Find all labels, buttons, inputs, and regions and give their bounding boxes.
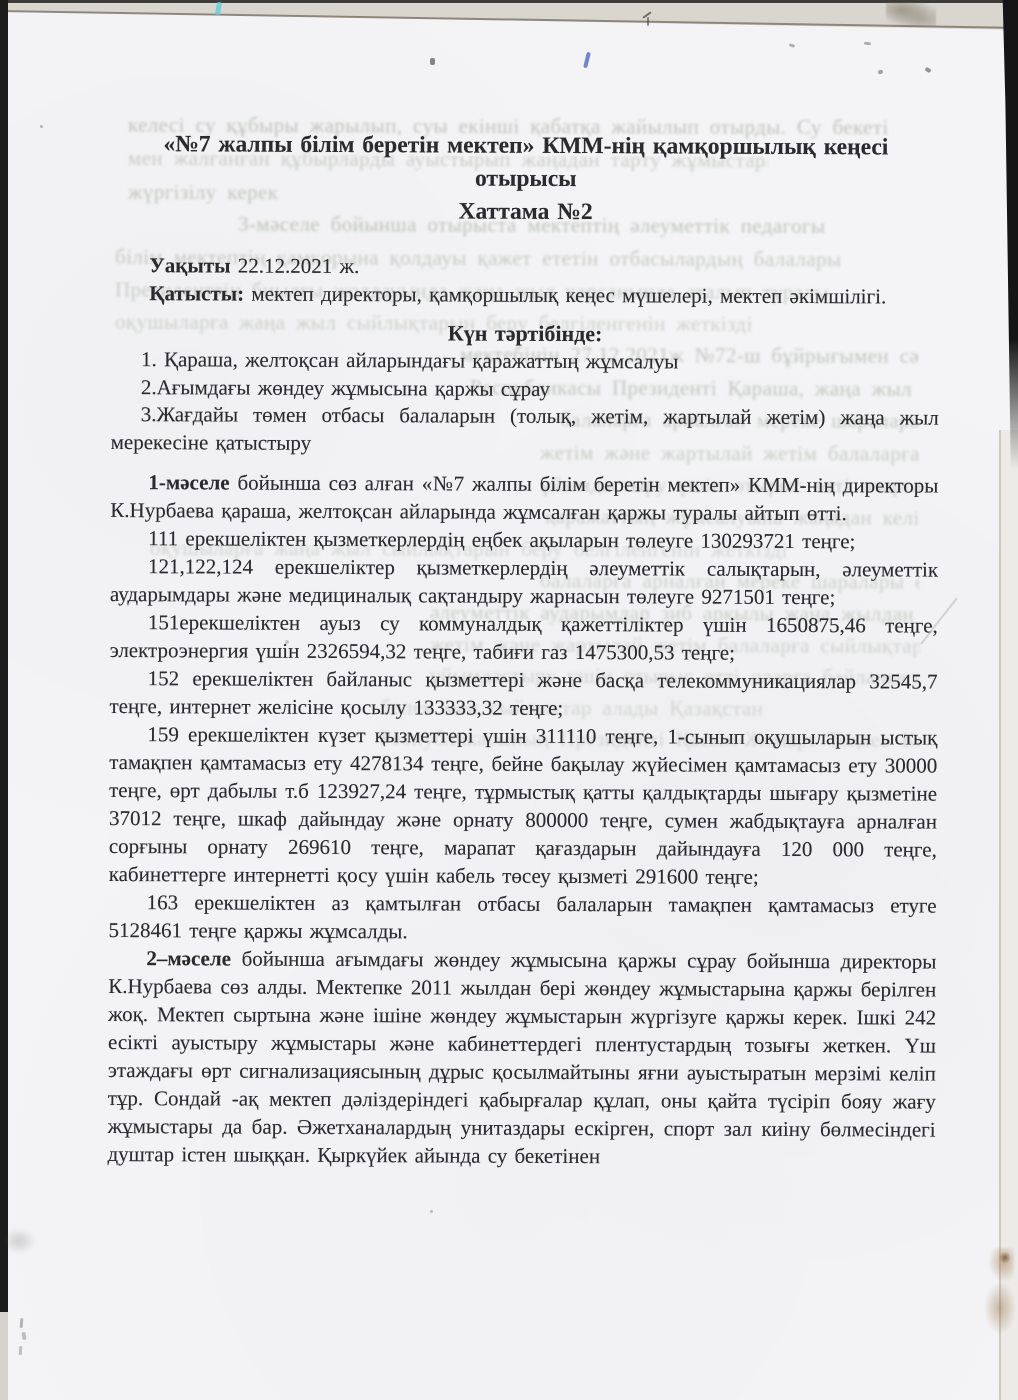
issue-2-text: бойынша ағымдағы жөндеу жұмысына қаржы с… xyxy=(107,947,936,1169)
spec-163-text: 163 ерекшеліктен аз қамтылған отбасы бал… xyxy=(108,890,936,943)
attendees: Қатысты: мектеп директоры, қамқоршылық к… xyxy=(111,279,939,311)
spec-159-text: 159 ерекшеліктен күзет қызметтері үшін 3… xyxy=(109,722,938,889)
document-title-line-1: «№7 жалпы білім беретін мектеп» КММ-нің … xyxy=(112,128,940,165)
attendees-label: Қатысты: xyxy=(149,281,244,305)
attendees-value: мектеп директоры, қамқоршылық кеңес мүше… xyxy=(244,282,886,309)
protocol-number: Хаттама №2 xyxy=(112,194,940,231)
scanner-left-strip-lower xyxy=(0,1312,8,1400)
paragraph-spec-163: 163 ерекшеліктен аз қамтылған отбасы бал… xyxy=(108,888,936,948)
meeting-date: Уақыты 22.12.2021 ж. xyxy=(111,251,939,283)
paragraph-spec-111: 111 ерекшеліктен қызметкерлердің еңбек а… xyxy=(110,524,938,556)
agenda-item-3: 3.Жағдайы төмен отбасы балаларын (толық,… xyxy=(111,401,939,460)
spec-152-text: 152 ерекшеліктен байланыс қызметтері жән… xyxy=(109,666,937,720)
spec-121-text: 121,122,124 ерекшеліктер қызметкерлердің… xyxy=(110,554,938,609)
paragraph-spec-159: 159 ерекшеліктен күзет қызметтері үшін 3… xyxy=(109,720,938,892)
paragraph-issue-2: 2–мәселе бойынша ағымдағы жөндеу жұмысын… xyxy=(107,944,936,1172)
issue-2-lead: 2–мәселе xyxy=(146,946,231,970)
meeting-date-value: 22.12.2021 ж. xyxy=(230,254,359,279)
paper-right-margin xyxy=(1001,430,1018,1400)
document-text: «№7 жалпы білім беретін мектеп» КММ-нің … xyxy=(107,128,940,1172)
agenda-heading: Күн тәртібінде: xyxy=(111,317,939,350)
spec-111-text: 111 ерекшеліктен қызметкерлердің еңбек а… xyxy=(148,526,855,553)
paper-right-edge-line xyxy=(999,430,1001,1400)
paragraph-issue-1: 1-мәселе бойынша сөз алған «№7 жалпы біл… xyxy=(110,468,938,528)
scanner-top-strip xyxy=(0,0,1018,3)
agenda-item-1: 1. Қараша, желтоқсан айларындағы қаражат… xyxy=(111,346,939,377)
meeting-date-label: Уақыты xyxy=(149,253,230,277)
paragraph-spec-121-122-124: 121,122,124 ерекшеліктер қызметкерлердің… xyxy=(110,552,938,612)
document-title-line-2: отырысы xyxy=(112,161,940,198)
paragraph-spec-151: 151ерекшеліктен ауыз су коммуналдық қаже… xyxy=(110,608,938,668)
scanned-document-page: келесі су құбыры жарылып, суы екінші қаб… xyxy=(0,0,1018,1400)
issue-1-lead: 1-мәселе xyxy=(148,470,229,494)
paper-sheet: келесі су құбыры жарылып, суы екінші қаб… xyxy=(0,0,1018,1400)
spec-151-text: 151ерекшеліктен ауыз су коммуналдық қаже… xyxy=(110,610,938,665)
issue-1-text: бойынша сөз алған «№7 жалпы білім береті… xyxy=(110,471,938,526)
agenda-item-2: 2.Ағымдағы жөндеу жұмысына қаржы сұрау xyxy=(111,373,939,404)
scanner-left-strip xyxy=(0,0,8,1312)
paragraph-spec-152: 152 ерекшеліктен байланыс қызметтері жән… xyxy=(109,664,937,724)
